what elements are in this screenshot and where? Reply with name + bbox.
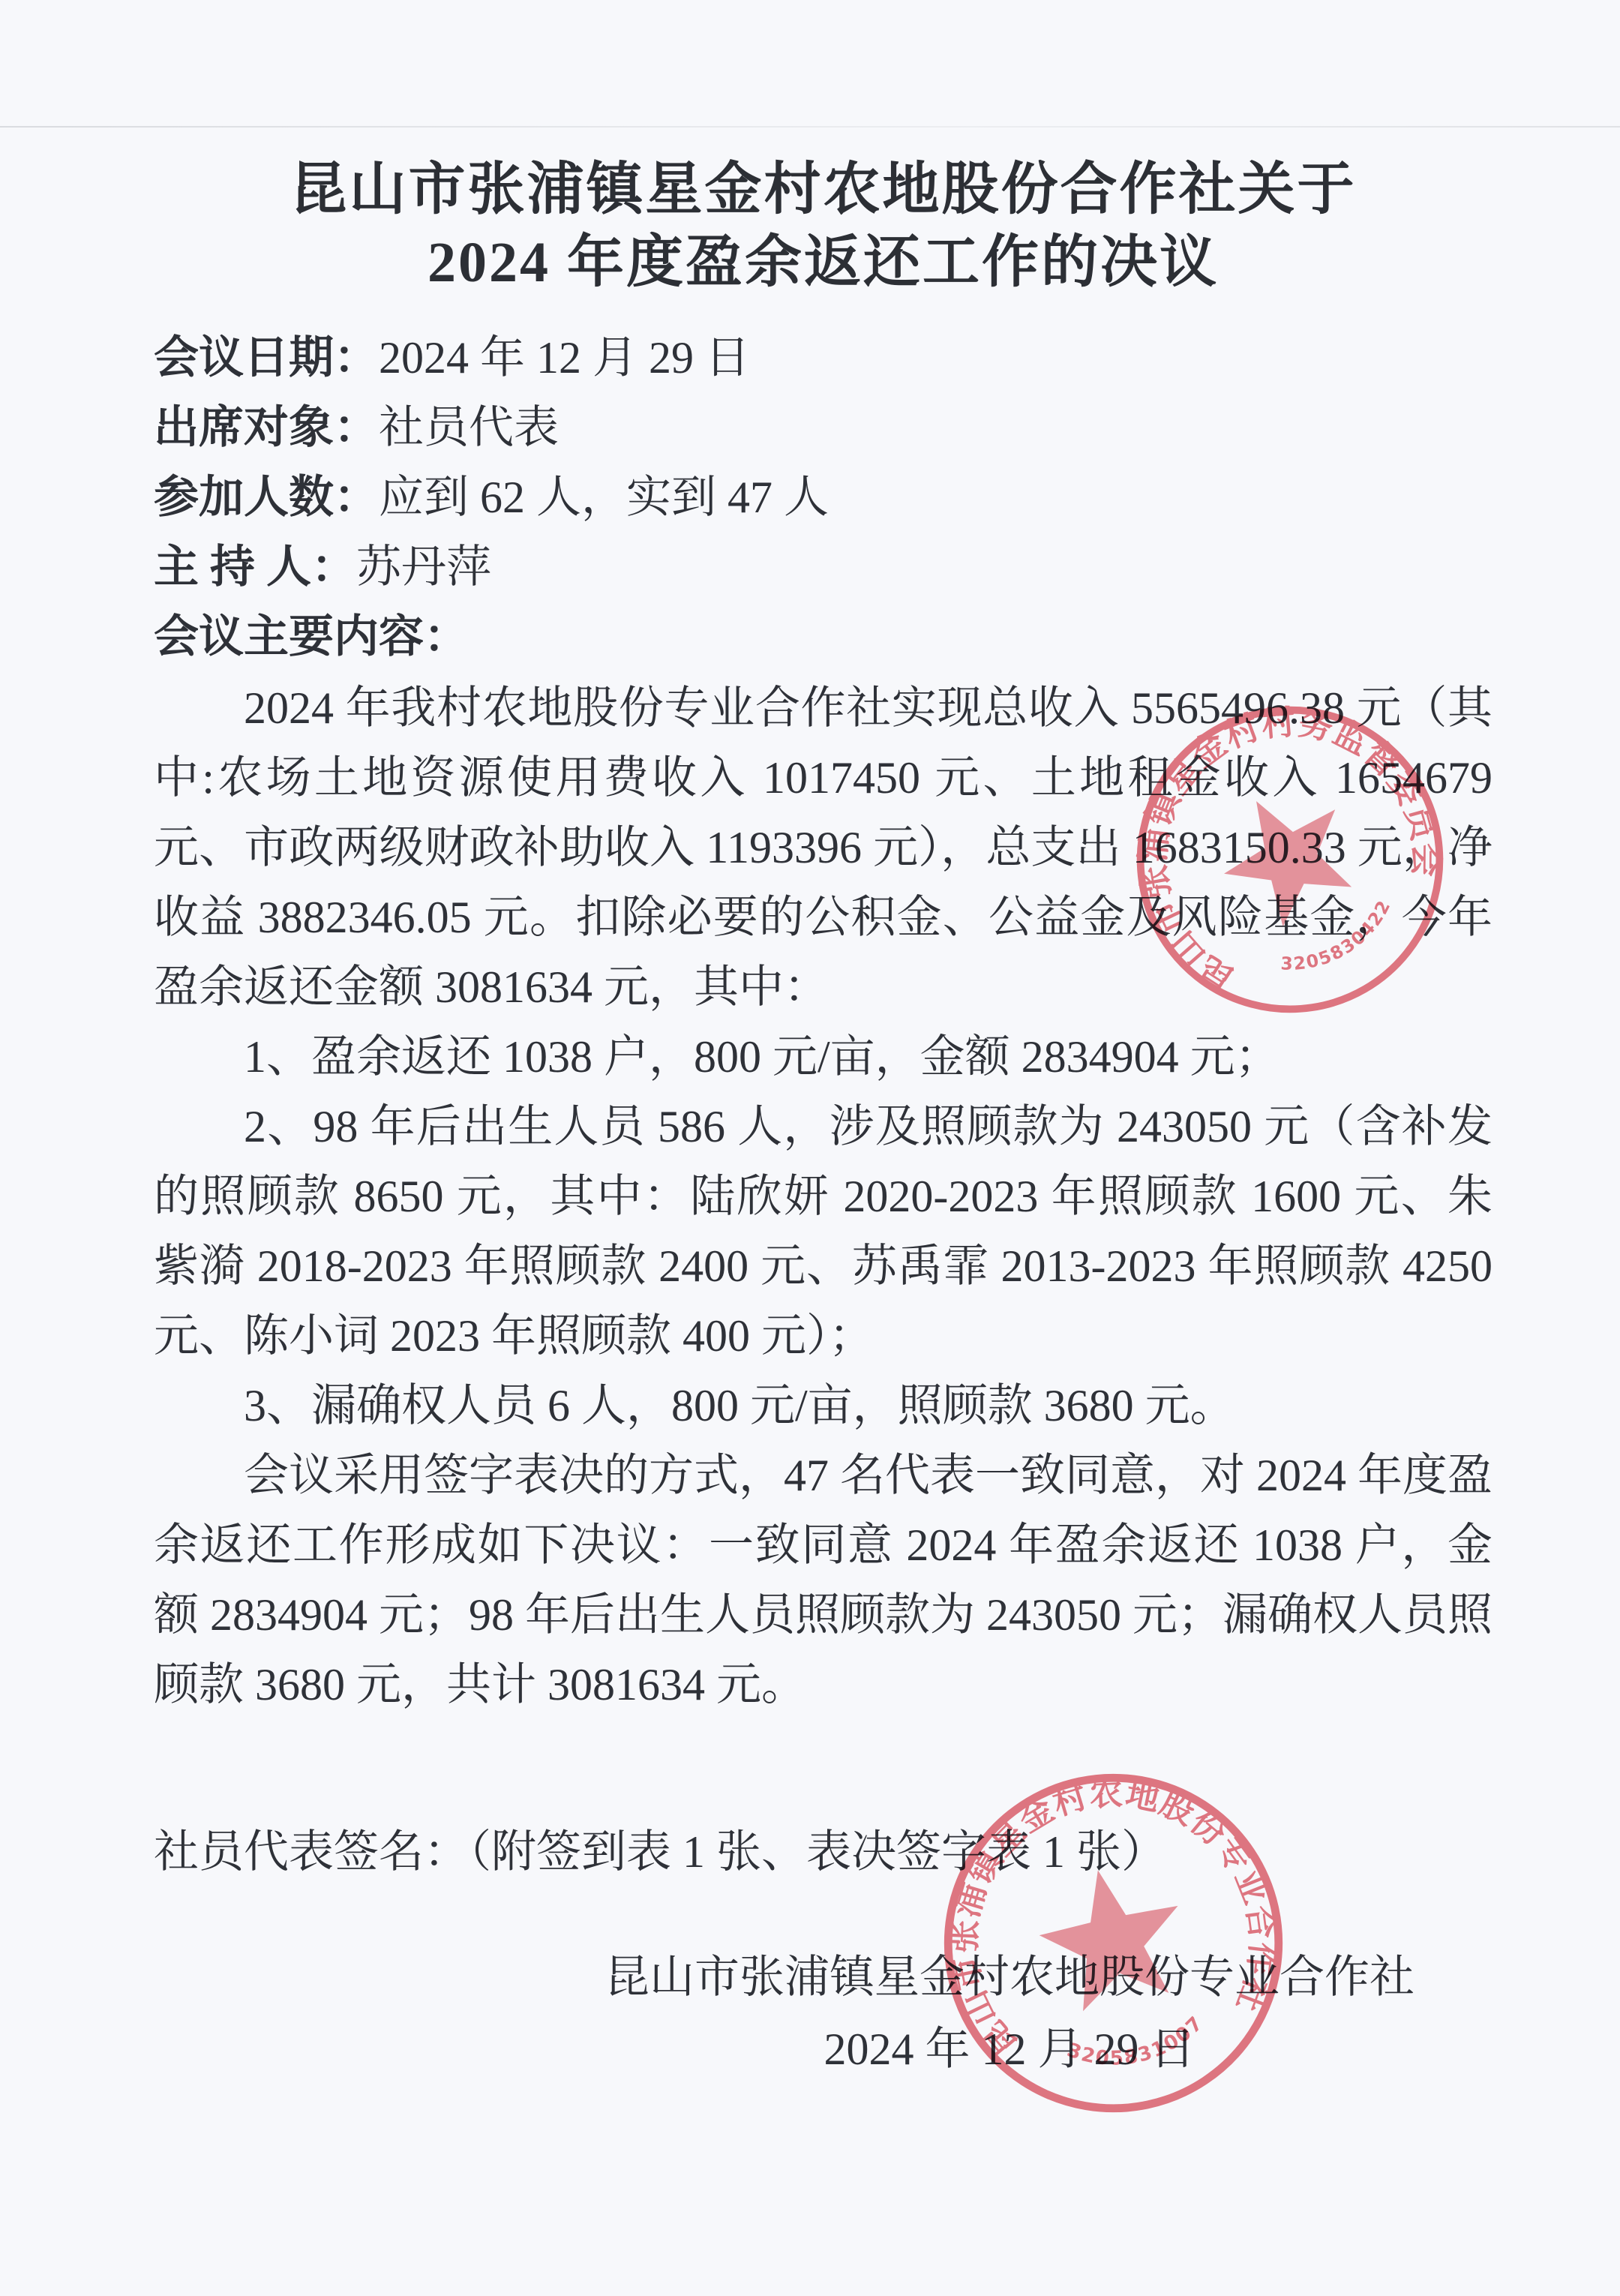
paragraph-item-1: 1、盈余返还 1038 户，800 元/亩，金额 2834904 元； [154,1022,1492,1092]
meta-host: 主 持 人：苏丹萍 [154,533,1492,602]
meta-label: 主 持 人： [154,542,356,592]
meta-attendance-count: 参加人数：应到 62 人，实到 47 人 [154,463,1492,533]
meta-main-content-heading: 会议主要内容： [154,602,1492,672]
document-title: 昆山市张浦镇星金村农地股份合作社关于 2024 年度盈余返还工作的决议 [154,154,1492,299]
signature-organization: 昆山市张浦镇星金村农地股份专业合作社 [604,1941,1414,2013]
paragraph-item-3: 3、漏确权人员 6 人，800 元/亩，照顾款 3680 元。 [154,1371,1492,1441]
meta-label: 会议主要内容： [154,612,469,662]
paragraph-resolution: 会议采用签字表决的方式，47 名代表一致同意，对 2024 年度盈余返还工作形成… [154,1441,1492,1720]
scan-artifact-line [0,126,1620,128]
document-page: 昆山市张浦镇星金村农地股份合作社关于 2024 年度盈余返还工作的决议 会议日期… [0,0,1620,2296]
paragraph-item-2: 2、98 年后出生人员 586 人，涉及照顾款为 243050 元（含补发的照顾… [154,1092,1492,1371]
meeting-meta: 会议日期：2024 年 12 月 29 日 出席对象：社员代表 参加人数：应到 … [154,323,1492,672]
resolution-body: 2024 年我村农地股份专业合作社实现总收入 5565496.38 元（其中:农… [154,674,1492,1720]
meta-value: 应到 62 人，实到 47 人 [379,473,829,522]
meta-label: 出席对象： [154,403,379,452]
signature-note: 社员代表签名：（附签到表 1 张、表决签字表 1 张） [154,1817,1492,1887]
title-line-1: 昆山市张浦镇星金村农地股份合作社关于 [154,154,1492,227]
signature-date: 2024 年 12 月 29 日 [604,2013,1414,2085]
meta-value: 社员代表 [379,403,559,452]
document-content: 昆山市张浦镇星金村农地股份合作社关于 2024 年度盈余返还工作的决议 会议日期… [154,154,1492,2085]
meta-meeting-date: 会议日期：2024 年 12 月 29 日 [154,323,1492,393]
paragraph-income-summary: 2024 年我村农地股份专业合作社实现总收入 5565496.38 元（其中:农… [154,674,1492,1022]
meta-value: 苏丹萍 [356,542,491,592]
meta-value: 2024 年 12 月 29 日 [379,333,750,383]
meta-label: 会议日期： [154,333,379,383]
meta-attendee-type: 出席对象：社员代表 [154,393,1492,463]
meta-label: 参加人数： [154,473,379,522]
signature-block: 昆山市张浦镇星金村农地股份专业合作社 2024 年 12 月 29 日 [154,1941,1492,2085]
title-line-2: 2024 年度盈余返还工作的决议 [154,227,1492,299]
